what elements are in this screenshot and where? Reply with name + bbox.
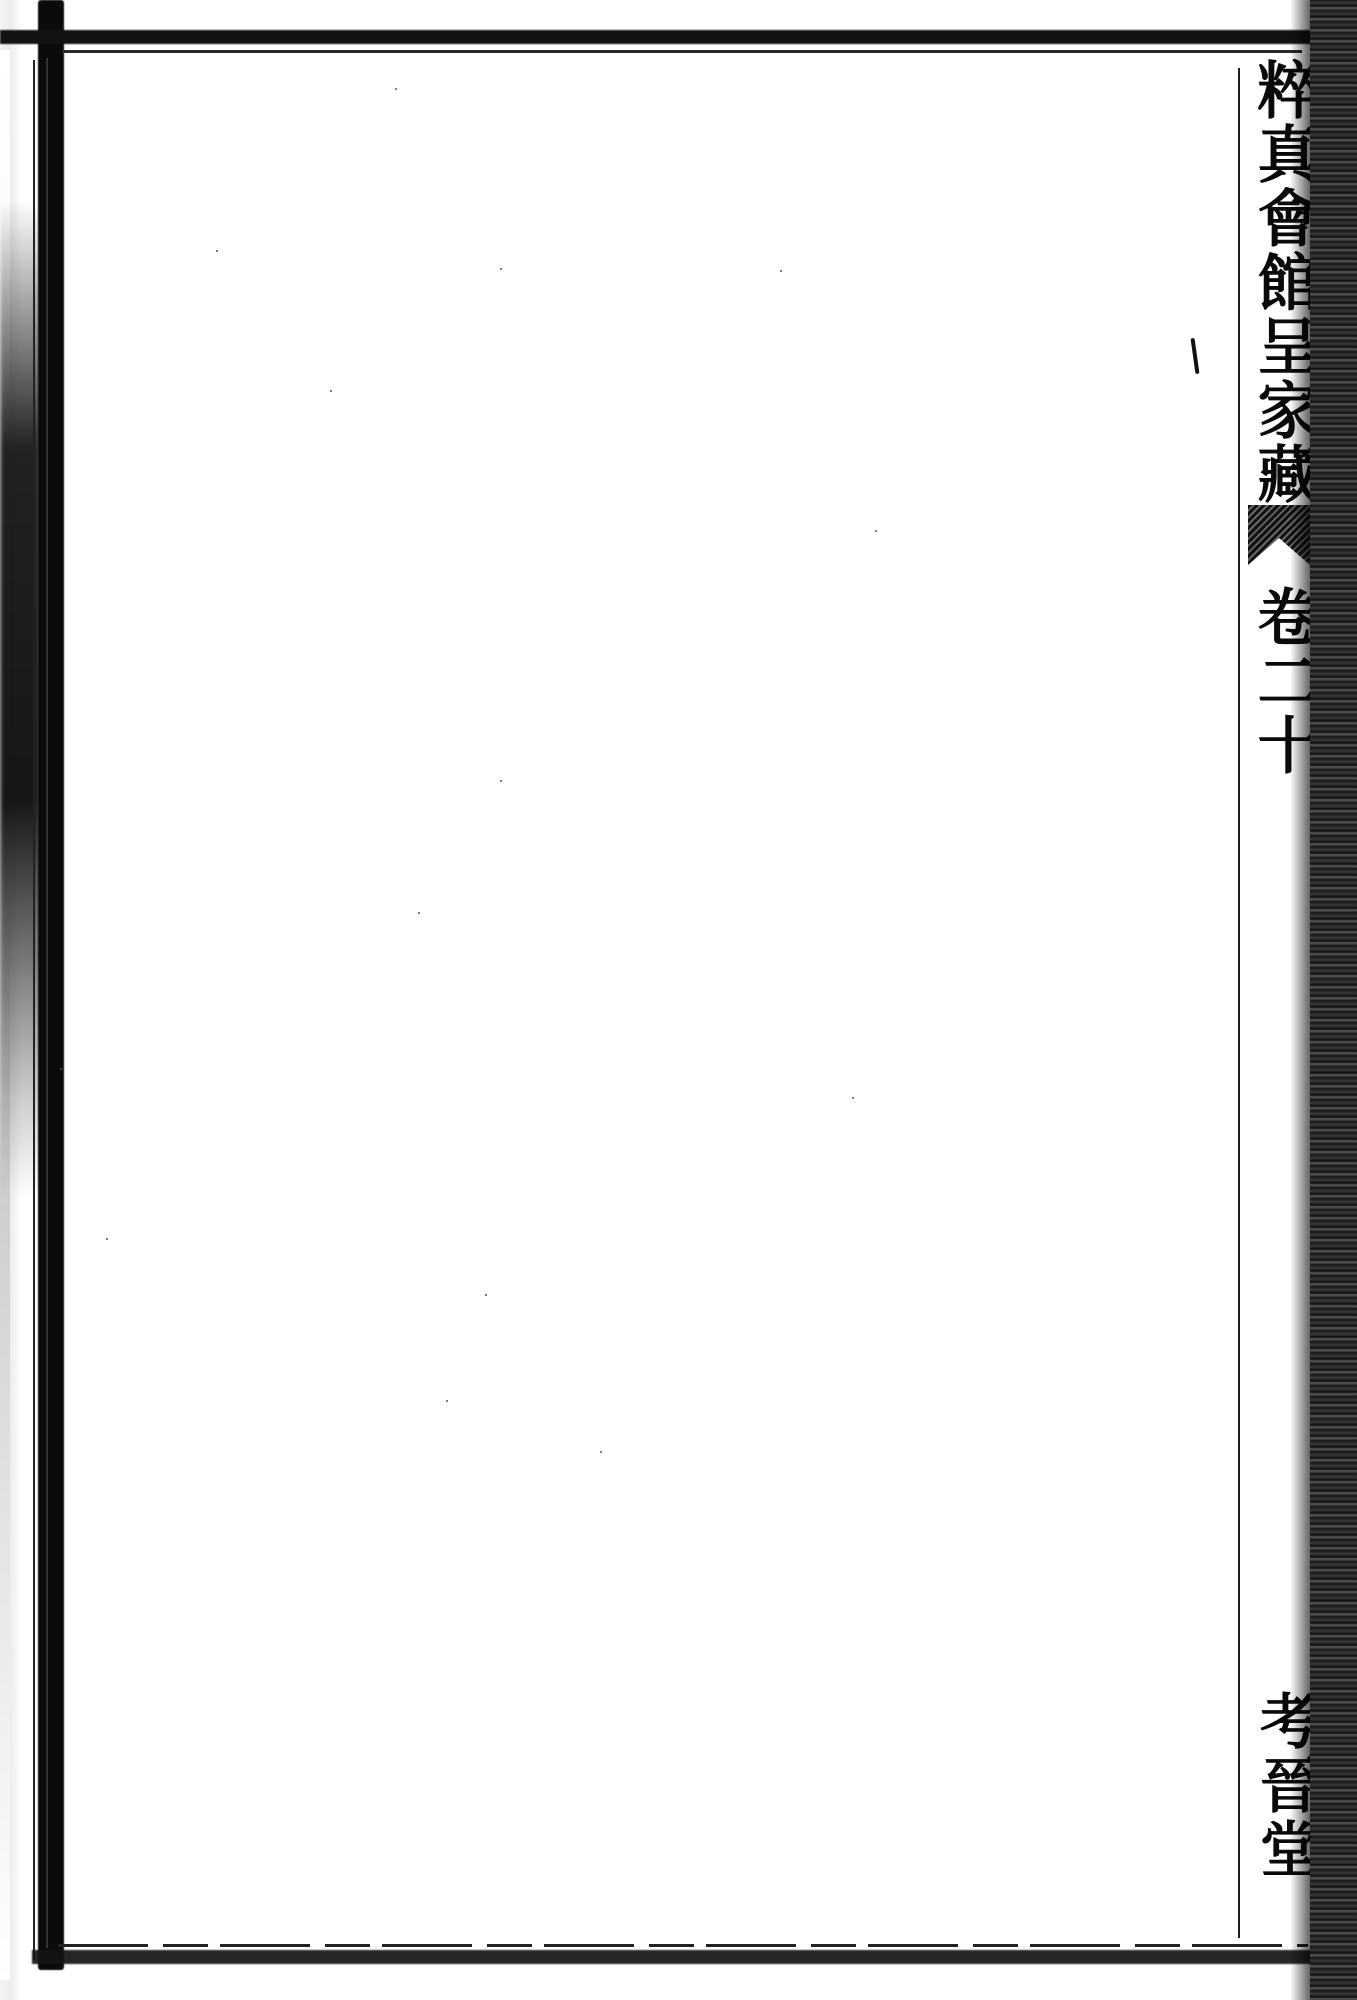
book-edge-pages (1310, 0, 1357, 2000)
top-inner-rule (62, 50, 1302, 53)
paper-speck (330, 390, 332, 392)
paper-speck (500, 268, 502, 270)
paper-speck (446, 1400, 448, 1402)
paper-speck (780, 270, 782, 272)
paper-speck (875, 530, 877, 532)
paper-speck (216, 250, 218, 252)
margin-column-divider (1238, 68, 1240, 1938)
paper-speck (600, 1451, 602, 1453)
left-outer-thin-rule (33, 60, 35, 1960)
bottom-inner-rule (58, 1944, 1308, 1947)
paper-speck (418, 912, 420, 914)
left-inner-rule (46, 58, 48, 1948)
paper-speck (395, 88, 397, 90)
main-text-panel (62, 56, 1236, 1942)
paper-speck (60, 1068, 62, 1070)
left-frame-border (38, 0, 64, 1970)
top-frame-border (0, 30, 1320, 44)
bottom-frame-border (32, 1950, 1322, 1964)
paper-speck (852, 1097, 854, 1099)
paper-speck (106, 1238, 108, 1240)
paper-speck (500, 780, 502, 782)
paper-speck (485, 1294, 487, 1296)
